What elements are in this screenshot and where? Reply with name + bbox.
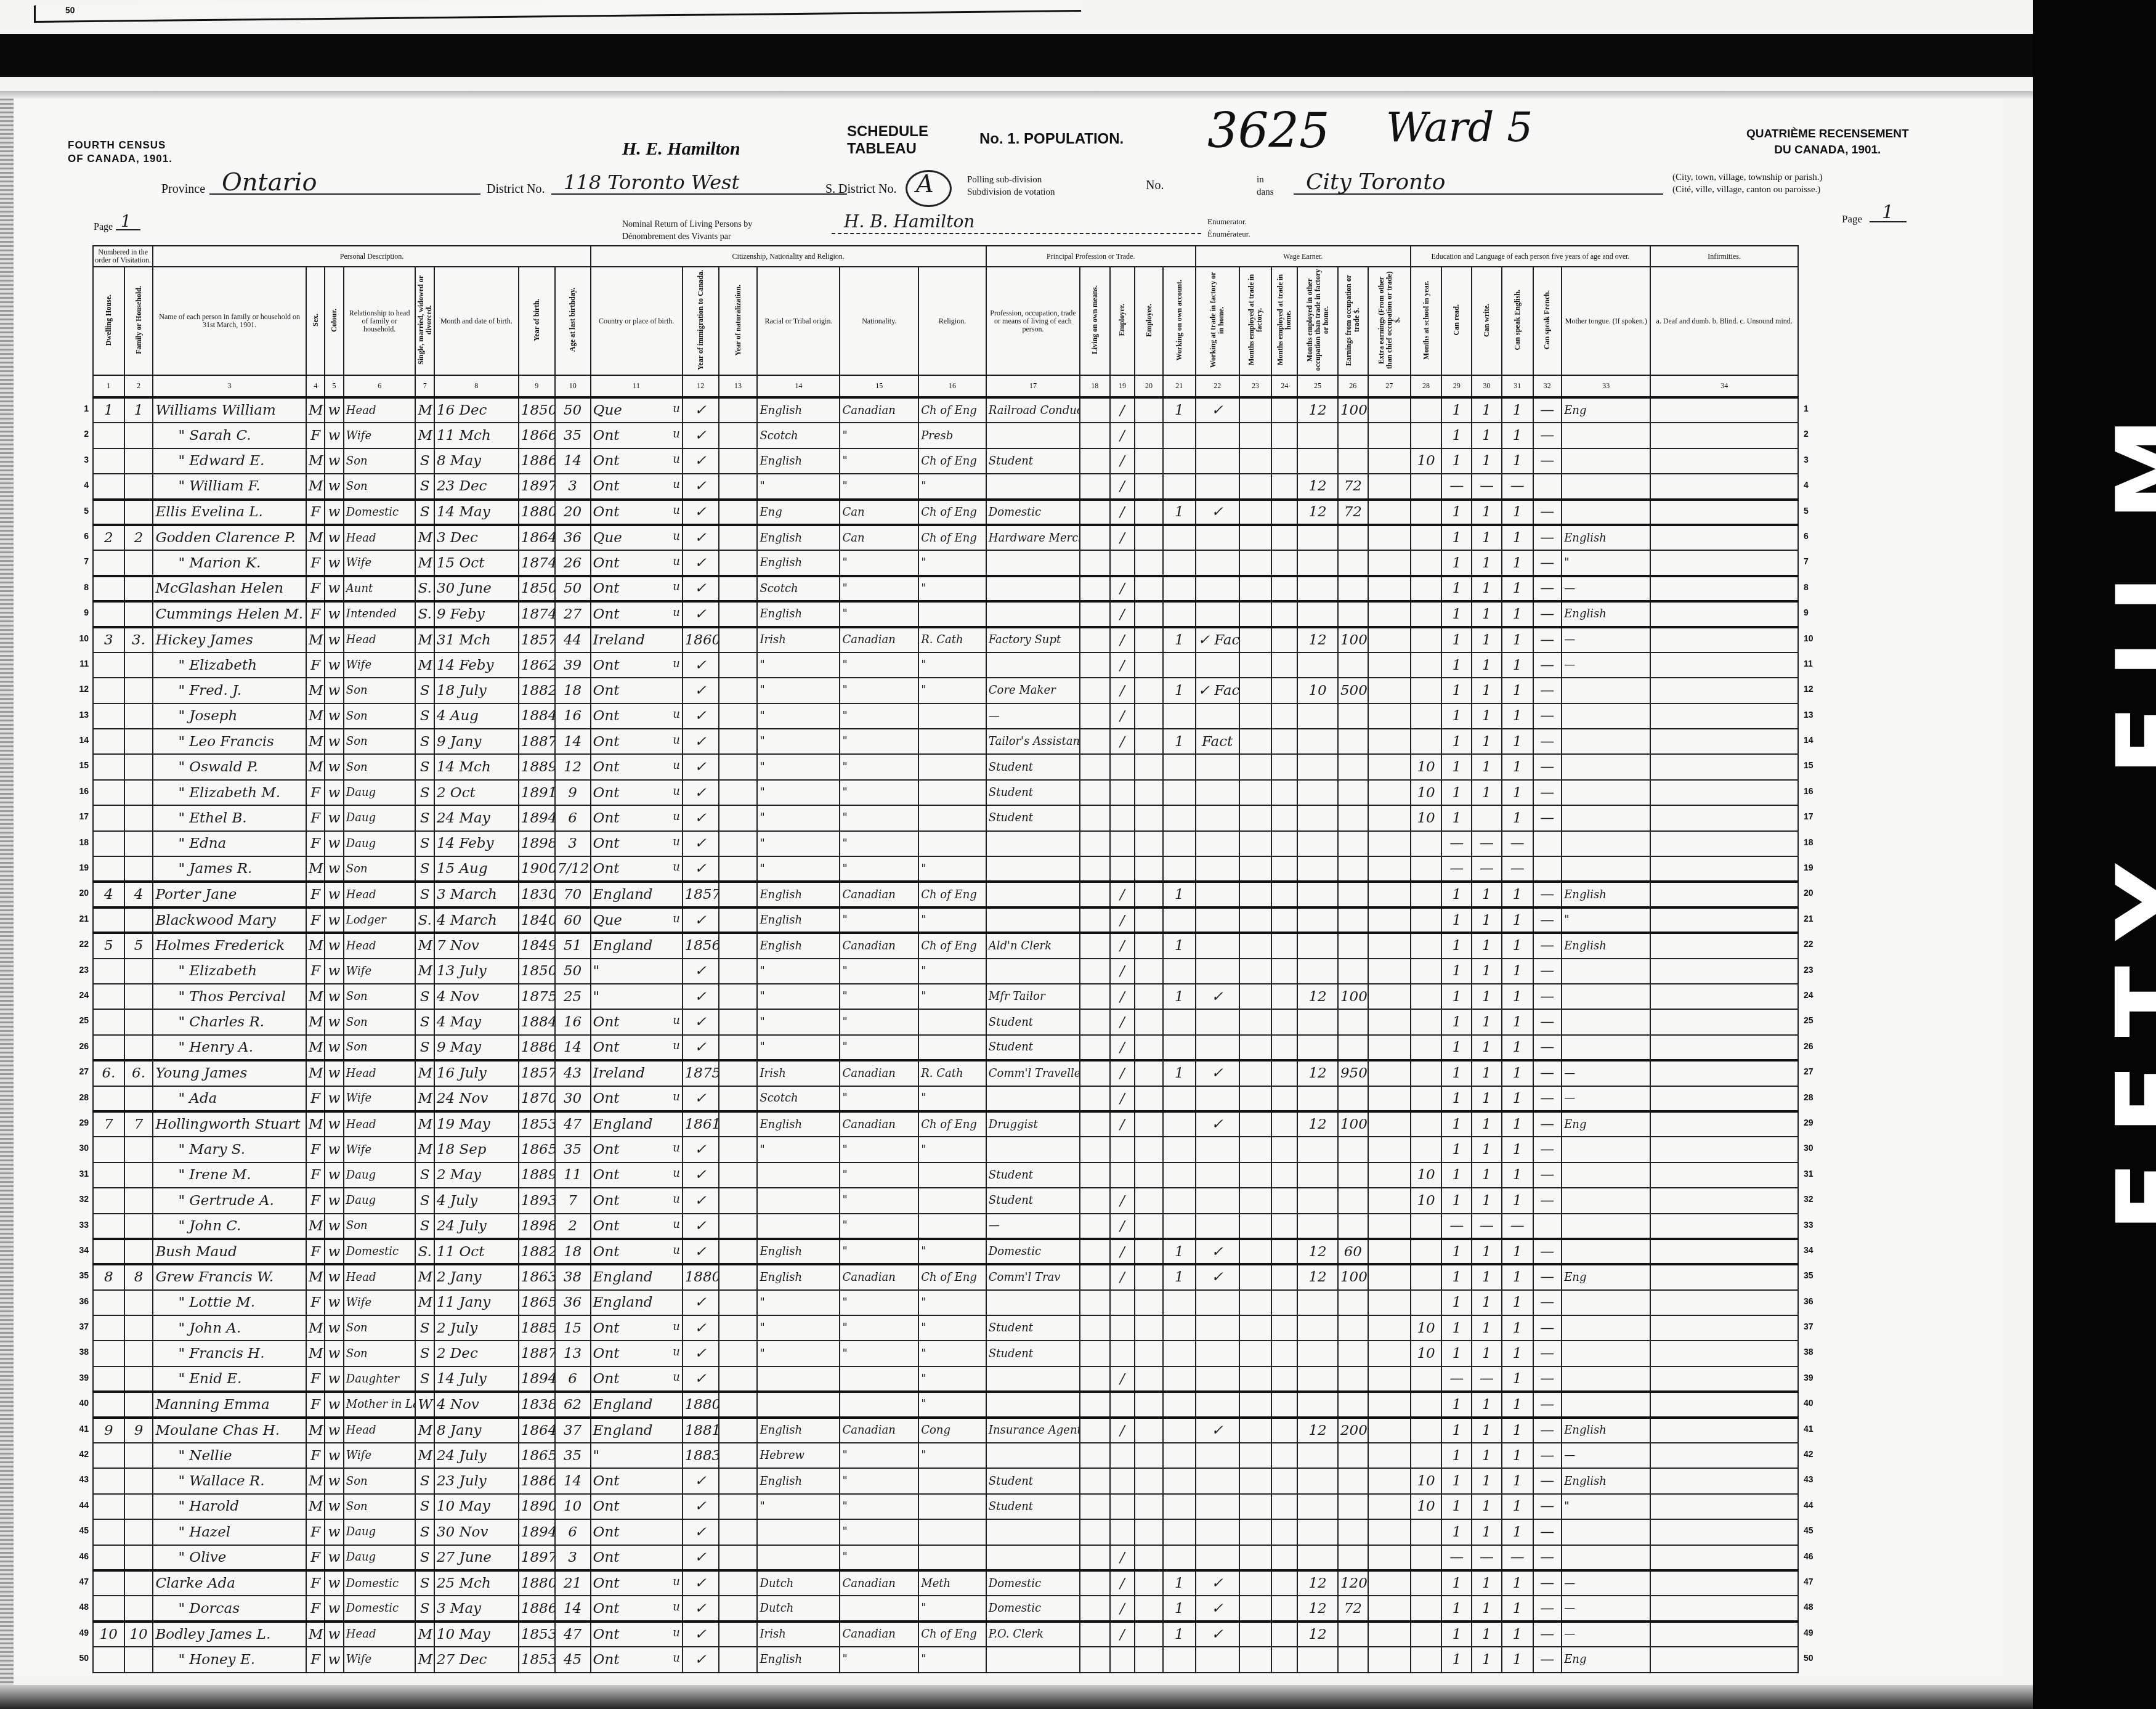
line-number: 36 (1804, 1296, 1820, 1306)
cell-origin: Hebrew (757, 1443, 840, 1468)
cell-extra-earnings (1368, 1596, 1411, 1621)
cell-birth-year: 1886 (519, 1035, 555, 1060)
line-number: 19 (73, 863, 89, 872)
cell-occupation (986, 1086, 1080, 1111)
cell-mother-tongue (1562, 1315, 1650, 1341)
cell-marital: S (415, 780, 434, 805)
cell-speak-english: 1 (1502, 907, 1533, 933)
cell-school-months: 10 (1411, 1163, 1442, 1188)
rural-urban-flag: u (673, 1014, 680, 1027)
cell-family: 8 (124, 1264, 153, 1289)
cell-employer: / (1110, 1622, 1135, 1647)
cell-family (124, 1163, 153, 1188)
cell-can-read: 1 (1441, 907, 1472, 933)
cell-dwelling (93, 423, 124, 448)
cell-employer: / (1110, 1264, 1135, 1289)
cell-months-other (1297, 907, 1338, 933)
cell-birth-date: 14 Feby (434, 652, 519, 678)
cell-nationality: " (840, 1137, 918, 1162)
cell-marital: S (415, 1163, 434, 1188)
cell-own-account (1163, 576, 1196, 601)
province-field: Ontario (209, 170, 480, 195)
column-number-30: 30 (1472, 375, 1502, 397)
cell-colour: w (325, 1188, 343, 1213)
cell-dwelling: 1 (93, 397, 124, 423)
cell-employer (1110, 1443, 1135, 1468)
cell-origin: " (757, 1315, 840, 1341)
cell-employer: / (1110, 500, 1135, 525)
cell-age: 3 (555, 831, 591, 856)
cell-months-factory (1239, 984, 1272, 1009)
cell-factory-home (1196, 1468, 1239, 1493)
census-row: " Irene M.FwDaugS2 May188911Ontu✓"Studen… (93, 1163, 1798, 1188)
cell-mother-tongue (1562, 1188, 1650, 1213)
cell-family (124, 805, 153, 830)
column-header-1: Dwelling House. (93, 267, 124, 375)
cell-sex: F (306, 500, 325, 525)
cell-dwelling (93, 1341, 124, 1366)
cell-earnings (1338, 1366, 1368, 1392)
line-number: 3 (73, 455, 89, 465)
cell-colour: w (325, 1239, 343, 1264)
cell-speak-french (1533, 474, 1562, 499)
title-line: DU CANADA, 1901. (1746, 142, 1909, 158)
cell-factory-home (1196, 550, 1239, 575)
cell-family (124, 1392, 153, 1417)
cell-religion: Ch of Eng (918, 525, 986, 550)
cell-earnings: 72 (1338, 474, 1368, 499)
cell-mother-tongue (1562, 1545, 1650, 1570)
cell-sex: M (306, 1111, 325, 1137)
line-number: 31 (73, 1169, 89, 1179)
cell-age: 35 (555, 1137, 591, 1162)
cell-age: 27 (555, 601, 591, 627)
cell-own-account (1163, 1392, 1196, 1417)
cell-birthplace: Ont (591, 1468, 683, 1493)
cell-birthplace: Ontu (591, 1622, 683, 1647)
cell-colour: w (325, 1494, 343, 1519)
cell-months-factory (1239, 550, 1272, 575)
cell-family (124, 1545, 153, 1570)
cell-earnings: 950 (1338, 1060, 1368, 1086)
cell-colour: w (325, 1163, 343, 1188)
cell-months-home (1271, 754, 1297, 779)
cell-origin: " (757, 1341, 840, 1366)
cell-mother-tongue: Eng (1562, 1111, 1650, 1137)
census-row: Clarke AdaFwDomesticS25 Mch188021Ontu✓Du… (93, 1570, 1798, 1596)
cell-birth-year: 1893 (519, 1188, 555, 1213)
cell-employer (1110, 1315, 1135, 1341)
cell-own-account (1163, 449, 1196, 474)
census-row: " Oswald P.MwSonS14 Mch188912Ontu✓""Stud… (93, 754, 1798, 779)
cell-birthplace: England (591, 1111, 683, 1137)
cell-own-means (1080, 1264, 1110, 1289)
cell-months-home (1271, 1111, 1297, 1137)
line-number: 24 (73, 990, 89, 1000)
cell-factory-home (1196, 1443, 1239, 1468)
cell-school-months (1411, 550, 1442, 575)
census-row: 55Holmes FrederickMwHeadM7 Nov184951Engl… (93, 933, 1798, 958)
cell-can-write: 1 (1472, 1392, 1502, 1417)
cell-family (124, 704, 153, 729)
cell-sex: F (306, 550, 325, 575)
cell-nationality: " (840, 780, 918, 805)
cell-religion: " (918, 1443, 986, 1468)
cell-can-write: 1 (1472, 754, 1502, 779)
cell-earnings (1338, 805, 1368, 830)
birthplace-value: Ont (593, 1652, 620, 1668)
cell-age: 10 (555, 1494, 591, 1519)
cell-dwelling (93, 550, 124, 575)
cell-school-months (1411, 729, 1442, 754)
cell-name: Clarke Ada (153, 1570, 306, 1596)
birthplace-value: Ont (593, 734, 620, 750)
cell-marital: M (415, 1418, 434, 1443)
cell-infirmities (1650, 652, 1798, 678)
cell-school-months (1411, 856, 1442, 882)
cell-religion: " (918, 1647, 986, 1672)
column-header-label: Year of naturalization. (734, 285, 742, 355)
cell-dwelling (93, 1315, 124, 1341)
census-row: " Francis H.MwSonS2 Dec188713Ontu✓"""Stu… (93, 1341, 1798, 1366)
column-number-34: 34 (1650, 375, 1798, 397)
cell-origin: Dutch (757, 1570, 840, 1596)
cell-months-factory (1239, 1443, 1272, 1468)
cell-colour: w (325, 423, 343, 448)
cell-speak-french: — (1533, 780, 1562, 805)
column-number-26: 26 (1338, 375, 1368, 397)
cell-can-write: 1 (1472, 1519, 1502, 1545)
census-row: Cummings Helen M.FwIntendedS.9 Feby18742… (93, 601, 1798, 627)
cell-birth-year: 1853 (519, 1622, 555, 1647)
cell-mother-tongue: — (1562, 652, 1650, 678)
cell-factory-home (1196, 1494, 1239, 1519)
cell-name: " John A. (153, 1315, 306, 1341)
cell-mother-tongue (1562, 704, 1650, 729)
line-number: 18 (73, 837, 89, 847)
cell-own-means (1080, 1596, 1110, 1621)
cell-family (124, 1570, 153, 1596)
cell-infirmities (1650, 1290, 1798, 1315)
cell-name: " Edward E. (153, 449, 306, 474)
cell-infirmities (1650, 1443, 1798, 1468)
cell-employer (1110, 1494, 1135, 1519)
cell-age: 21 (555, 1570, 591, 1596)
cell-school-months (1411, 1239, 1442, 1264)
cell-mother-tongue: " (1562, 550, 1650, 575)
birthplace-value: England (593, 1116, 653, 1132)
birthplace-value: Ireland (593, 632, 645, 648)
cell-extra-earnings (1368, 1570, 1411, 1596)
cell-earnings (1338, 933, 1368, 958)
cell-naturalization-year (719, 1494, 758, 1519)
cell-employer: / (1110, 1596, 1135, 1621)
rural-urban-flag: u (673, 785, 680, 798)
cell-birth-date: 3 March (434, 882, 519, 907)
cell-origin: English (757, 1647, 840, 1672)
cell-family (124, 1315, 153, 1341)
cell-extra-earnings (1368, 1443, 1411, 1468)
cell-religion: " (918, 907, 986, 933)
cell-months-home (1271, 1035, 1297, 1060)
cell-employee (1135, 1596, 1163, 1621)
cell-dwelling (93, 780, 124, 805)
cell-speak-english: 1 (1502, 1137, 1533, 1162)
cell-occupation: Student (986, 1163, 1080, 1188)
cell-immigration-year: ✓ (683, 1163, 719, 1188)
cell-age: 16 (555, 704, 591, 729)
cell-religion (918, 1519, 986, 1545)
line-number: 41 (1804, 1424, 1820, 1434)
cell-occupation (986, 601, 1080, 627)
cell-mother-tongue: — (1562, 1596, 1650, 1621)
cell-infirmities (1650, 780, 1798, 805)
cell-school-months (1411, 882, 1442, 907)
cell-months-home (1271, 423, 1297, 448)
cell-marital: S (415, 1596, 434, 1621)
cell-nationality: " (840, 704, 918, 729)
cell-relationship: Wife (344, 550, 416, 575)
polling-number-annotation: 3625 (1207, 104, 1330, 159)
census-row: " Edward E.MwSonS8 May188614Ontu✓English… (93, 449, 1798, 474)
cell-extra-earnings (1368, 882, 1411, 907)
cell-dwelling (93, 1519, 124, 1545)
cell-occupation: Student (986, 1494, 1080, 1519)
cell-birth-year: 1857 (519, 1060, 555, 1086)
cell-birthplace: Ontu (591, 1341, 683, 1366)
cell-can-write: 1 (1472, 882, 1502, 907)
column-header-32: Can speak French. (1533, 267, 1562, 375)
cell-earnings: 1000 (1338, 1264, 1368, 1289)
cell-earnings (1338, 1519, 1368, 1545)
province-label: Province (161, 182, 205, 197)
cell-origin: English (757, 907, 840, 933)
cell-speak-english: 1 (1502, 1596, 1533, 1621)
cell-religion: " (918, 1366, 986, 1392)
cell-nationality: " (840, 652, 918, 678)
census-title-en: FOURTH CENSUS OF CANADA, 1901. (68, 139, 172, 166)
cell-birth-date: 2 July (434, 1315, 519, 1341)
cell-own-account (1163, 1111, 1196, 1137)
cell-employer: / (1110, 474, 1135, 499)
cell-marital: S (415, 754, 434, 779)
line-number: 40 (73, 1398, 89, 1408)
group-wage: Wage Earner. (1196, 246, 1411, 267)
enumerator-field: H. B. Hamilton (832, 209, 1201, 234)
cell-own-account (1163, 1009, 1196, 1034)
line-number: 26 (73, 1041, 89, 1051)
column-header-label: Extra earnings (From other than chief oc… (1377, 269, 1401, 371)
cell-earnings (1338, 1009, 1368, 1034)
column-number-22: 22 (1196, 375, 1239, 397)
cell-months-factory (1239, 1468, 1272, 1493)
cell-earnings (1338, 1086, 1368, 1111)
cell-marital: M (415, 1264, 434, 1289)
cell-colour: w (325, 780, 343, 805)
cell-earnings (1338, 1647, 1368, 1672)
cell-can-write: 1 (1472, 1111, 1502, 1137)
cell-birth-date: 24 July (434, 1214, 519, 1239)
cell-months-other: 12 (1297, 1418, 1338, 1443)
cell-name: " Olive (153, 1545, 306, 1570)
cell-birthplace: Queu (591, 397, 683, 423)
cell-can-read: 1 (1441, 678, 1472, 703)
group-profession: Principal Profession or Trade. (986, 246, 1196, 267)
column-header-label: Family or Household. (135, 286, 143, 354)
birthplace-value: Ont (593, 1498, 620, 1514)
column-header-16: Religion. (918, 267, 986, 375)
rural-urban-flag: u (673, 1193, 680, 1206)
cell-marital: M (415, 550, 434, 575)
cell-name: " Fred. J. (153, 678, 306, 703)
cell-speak-french: — (1533, 1111, 1562, 1137)
cell-religion (918, 805, 986, 830)
cell-employee (1135, 1494, 1163, 1519)
cell-months-home (1271, 780, 1297, 805)
group-visitation: Numbered in the order of Visitation. (93, 246, 153, 267)
cell-employer (1110, 1468, 1135, 1493)
cell-naturalization-year (719, 984, 758, 1009)
cell-dwelling (93, 1366, 124, 1392)
cell-own-account (1163, 1545, 1196, 1570)
cell-age: 50 (555, 959, 591, 984)
cell-extra-earnings (1368, 1366, 1411, 1392)
cell-months-factory (1239, 449, 1272, 474)
birthplace-value: Que (593, 530, 622, 546)
cell-birth-date: 16 Dec (434, 397, 519, 423)
cell-own-account: 1 (1163, 397, 1196, 423)
cell-can-write: — (1472, 1545, 1502, 1570)
census-row: " Gertrude A.FwDaugS4 July18937Ontu✓"Stu… (93, 1188, 1798, 1213)
column-header-7: Single, married, widowed or divorced. (415, 267, 434, 375)
cell-can-read: 1 (1441, 882, 1472, 907)
cell-marital: M (415, 959, 434, 984)
cell-colour: w (325, 959, 343, 984)
cell-months-home (1271, 550, 1297, 575)
cell-infirmities (1650, 729, 1798, 754)
cell-own-means (1080, 1494, 1110, 1519)
cell-nationality: " (840, 576, 918, 601)
cell-religion: " (918, 474, 986, 499)
cell-factory-home (1196, 907, 1239, 933)
cell-school-months (1411, 1060, 1442, 1086)
census-row: 99Moulane Chas H.MwHeadM8 Jany186437Engl… (93, 1418, 1798, 1443)
cell-birth-date: 25 Mch (434, 1570, 519, 1596)
cell-own-account (1163, 1519, 1196, 1545)
cell-sex: M (306, 397, 325, 423)
cell-occupation: Student (986, 805, 1080, 830)
cell-family (124, 576, 153, 601)
cell-naturalization-year (719, 1163, 758, 1188)
birthplace-value: Ont (593, 1142, 620, 1158)
line-number: 13 (73, 710, 89, 720)
cell-infirmities (1650, 1214, 1798, 1239)
cell-months-factory (1239, 1392, 1272, 1417)
cell-naturalization-year (719, 1341, 758, 1366)
cell-name: Bodley James L. (153, 1622, 306, 1647)
column-header-8: Month and date of birth. (434, 267, 519, 375)
title-line: OF CANADA, 1901. (68, 152, 172, 166)
cell-months-home (1271, 907, 1297, 933)
title-line: QUATRIÈME RECENSEMENT (1746, 126, 1909, 142)
cell-name: " Francis H. (153, 1341, 306, 1366)
cell-mother-tongue: English (1562, 525, 1650, 550)
cell-school-months (1411, 907, 1442, 933)
cell-employer: / (1110, 678, 1135, 703)
cell-occupation (986, 1137, 1080, 1162)
cell-months-other (1297, 1468, 1338, 1493)
cell-name: Holmes Frederick (153, 933, 306, 958)
census-row: " Enid E.FwDaughterS14 July18946Ontu✓"/—… (93, 1366, 1798, 1392)
page-label-left: Page (94, 222, 113, 233)
cell-family (124, 1239, 153, 1264)
cell-age: 36 (555, 1290, 591, 1315)
cell-dwelling: 5 (93, 933, 124, 958)
cell-relationship: Head (344, 1264, 416, 1289)
cell-naturalization-year (719, 576, 758, 601)
cell-colour: w (325, 1315, 343, 1341)
cell-speak-french: — (1533, 882, 1562, 907)
cell-months-home (1271, 831, 1297, 856)
birthplace-value: Ont (593, 1244, 620, 1260)
cell-dwelling (93, 1137, 124, 1162)
cell-months-home (1271, 1239, 1297, 1264)
line-number: 23 (73, 965, 89, 975)
cell-origin: Irish (757, 627, 840, 652)
cell-mother-tongue: English (1562, 1418, 1650, 1443)
cell-immigration-year: ✓ (683, 678, 719, 703)
column-header-24: Months employed at trade in home. (1271, 267, 1297, 375)
cell-school-months (1411, 1366, 1442, 1392)
cell-origin: " (757, 984, 840, 1009)
cell-employee (1135, 397, 1163, 423)
line-number: 28 (1804, 1092, 1820, 1102)
cell-employee (1135, 729, 1163, 754)
cell-name: " Nellie (153, 1443, 306, 1468)
census-row: " Leo FrancisMwSonS9 Jany188714Ontu✓""Ta… (93, 729, 1798, 754)
cell-marital: S. (415, 576, 434, 601)
cell-can-read: — (1441, 1545, 1472, 1570)
cell-dwelling: 8 (93, 1264, 124, 1289)
cell-extra-earnings (1368, 1468, 1411, 1493)
census-row: 33.Hickey JamesMwHeadM31 Mch185744Irelan… (93, 627, 1798, 652)
cell-origin: " (757, 780, 840, 805)
cell-employee (1135, 449, 1163, 474)
cell-birth-year: 1863 (519, 1264, 555, 1289)
cell-birthplace: Ontu (591, 1009, 683, 1034)
cell-name: Blackwood Mary (153, 907, 306, 933)
cell-own-means (1080, 780, 1110, 805)
cell-speak-english: 1 (1502, 805, 1533, 830)
cell-colour: w (325, 1596, 343, 1621)
cell-sex: F (306, 1570, 325, 1596)
cell-can-write: 1 (1472, 1468, 1502, 1493)
column-number-4: 4 (306, 375, 325, 397)
cell-school-months (1411, 1443, 1442, 1468)
cell-marital: S (415, 1494, 434, 1519)
cell-infirmities (1650, 882, 1798, 907)
cell-age: 11 (555, 1163, 591, 1188)
cell-own-means (1080, 449, 1110, 474)
nominal-return-fr: Dénombrement des Vivants par (622, 231, 752, 243)
cell-mother-tongue: Eng (1562, 397, 1650, 423)
cell-colour: w (325, 856, 343, 882)
cell-birthplace: Ont (591, 1494, 683, 1519)
cell-religion: " (918, 1239, 986, 1264)
line-number: 35 (1804, 1270, 1820, 1280)
cell-naturalization-year (719, 449, 758, 474)
cell-school-months (1411, 601, 1442, 627)
